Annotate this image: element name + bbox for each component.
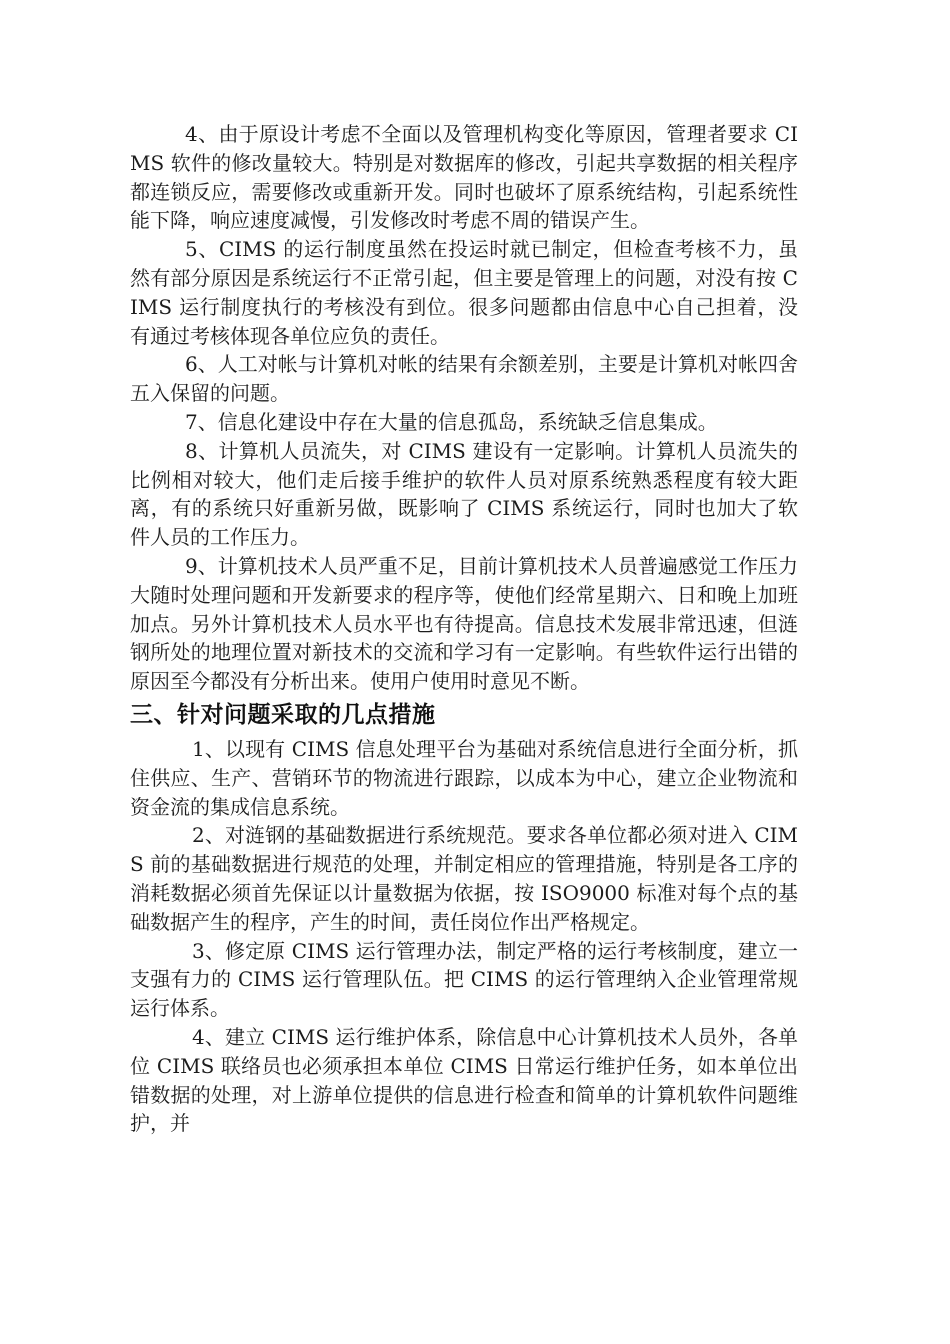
paragraph: 4、建立 CIMS 运行维护体系，除信息中心计算机技术人员外，各单位 CIMS … [130,1023,798,1138]
paragraph: 5、CIMS 的运行制度虽然在投运时就已制定，但检查考核不力，虽然有部分原因是系… [130,235,798,350]
paragraph: 7、信息化建设中存在大量的信息孤岛，系统缺乏信息集成。 [130,408,798,437]
paragraph: 1、以现有 CIMS 信息处理平台为基础对系统信息进行全面分析，抓住供应、生产、… [130,735,798,821]
section-heading: 三、针对问题采取的几点措施 [130,696,798,735]
document-page: 4、由于原设计考虑不全面以及管理机构变化等原因，管理者要求 CIMS 软件的修改… [0,0,950,1344]
paragraph: 6、人工对帐与计算机对帐的结果有余额差别，主要是计算机对帐四舍五入保留的问题。 [130,350,798,408]
paragraph: 3、修定原 CIMS 运行管理办法，制定严格的运行考核制度，建立一支强有力的 C… [130,937,798,1023]
paragraph: 8、计算机人员流失，对 CIMS 建设有一定影响。计算机人员流失的比例相对较大，… [130,437,798,552]
document-body: 4、由于原设计考虑不全面以及管理机构变化等原因，管理者要求 CIMS 软件的修改… [130,120,798,1138]
paragraph: 2、对涟钢的基础数据进行系统规范。要求各单位都必须对进入 CIMS 前的基础数据… [130,821,798,936]
paragraph: 9、计算机技术人员严重不足，目前计算机技术人员普遍感觉工作压力大随时处理问题和开… [130,552,798,696]
paragraph: 4、由于原设计考虑不全面以及管理机构变化等原因，管理者要求 CIMS 软件的修改… [130,120,798,235]
